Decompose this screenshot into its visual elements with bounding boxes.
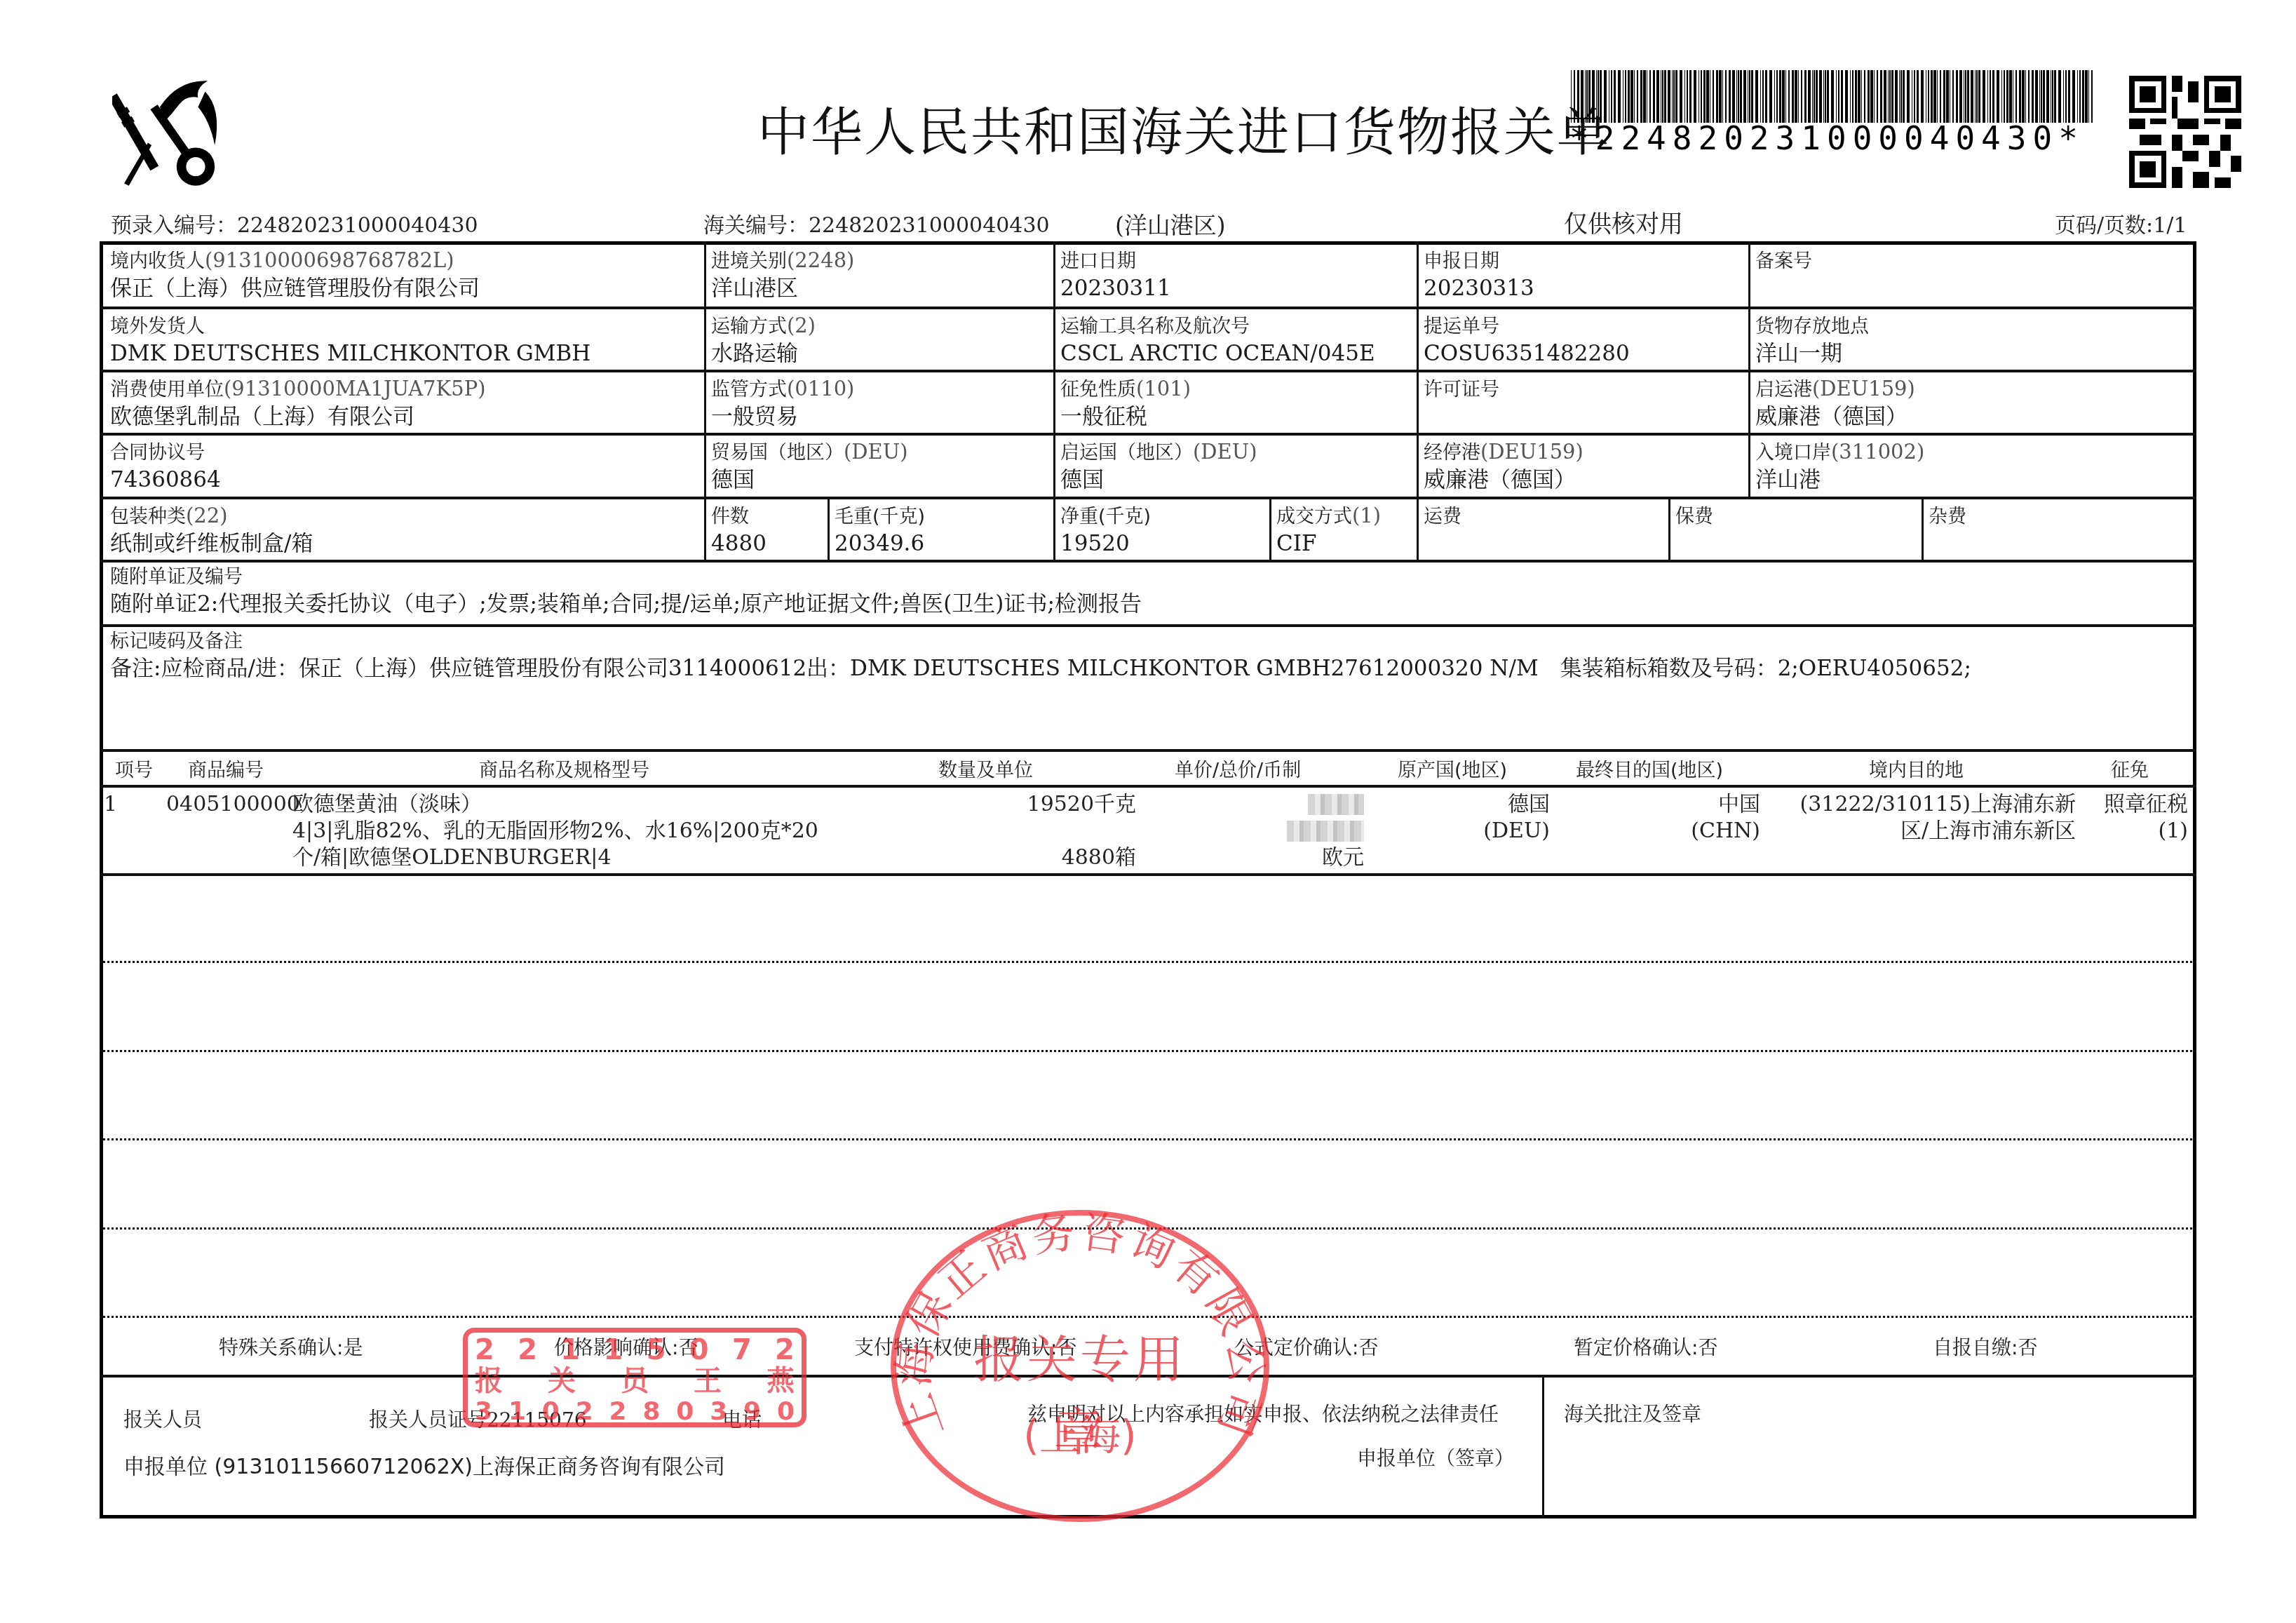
record-no-label: 备案号	[1755, 248, 2189, 274]
declare-date-value: 20230313	[1424, 274, 1741, 303]
price-influence-confirmation: 价格影响确认:否	[554, 1333, 698, 1361]
consignee-cell: 境内收货人(91310000698768782L)保正（上海）供应链管理股份有限…	[103, 244, 704, 307]
origin-country-code: (DEU)	[1459, 818, 1550, 844]
goods-col-domestic-destination: 境内目的地	[1869, 755, 1964, 782]
grid-line	[100, 873, 2196, 876]
package-type-cell: 包装种类(22)纸制或纤维板制盒/箱	[103, 499, 704, 563]
goods-col-item-no: 项号	[115, 755, 153, 782]
grid-line	[1542, 1375, 1544, 1518]
trade-country-label: 贸易国（地区）(DEU)	[711, 440, 1046, 465]
license-no-cell: 许可证号	[1417, 372, 1748, 406]
barcode-icon	[1571, 70, 2097, 123]
transit-port-cell: 经停港(DEU159)威廉港（德国）	[1417, 436, 1748, 499]
import-date-cell: 进口日期20230311	[1053, 244, 1417, 307]
hs-code: 0405100000	[166, 791, 300, 818]
package-type-label: 包装种类(22)	[110, 504, 697, 529]
declarant-label: 报关人员	[123, 1405, 202, 1433]
goods-col-price: 单价/总价/币制	[1175, 755, 1301, 782]
qr-code-icon	[2129, 76, 2241, 188]
self-declaration-payment: 自报自缴:否	[1933, 1333, 2037, 1361]
customs-emblem-icon	[112, 74, 231, 193]
consignee-value: 保正（上海）供应链管理股份有限公司	[110, 274, 697, 303]
entry-port-label: 入境口岸(311002)	[1755, 440, 2189, 465]
departure-port-cell: 启运港(DEU159)威廉港（德国）	[1748, 372, 2196, 436]
net-weight-cell: 净重(千克)19520	[1053, 499, 1269, 563]
domestic-destination-line-2: 区/上海市浦东新区	[1767, 818, 2076, 844]
goods-col-hs-code: 商品编号	[188, 755, 264, 782]
grid-line	[100, 1227, 2196, 1230]
grid-line	[100, 785, 2196, 788]
entry-customs-cell: 进境关别(2248)洋山港区	[704, 244, 1053, 307]
levy-nature-cell: 征免性质(101)一般征税	[1053, 372, 1417, 436]
freight-cell: 运费	[1417, 499, 1668, 533]
transport-mode-value: 水路运输	[711, 339, 1046, 368]
departure-port-value: 威廉港（德国）	[1755, 402, 2189, 431]
transaction-mode-value: CIF	[1276, 529, 1410, 558]
formula-pricing-confirmation: 公式定价确认:否	[1234, 1333, 1378, 1361]
bill-of-lading-label: 提运单号	[1424, 314, 1741, 339]
goods-col-quantity: 数量及单位	[938, 755, 1033, 782]
vessel-voyage-value: CSCL ARCTIC OCEAN/045E	[1060, 339, 1410, 368]
departure-country-label: 启运国（地区）(DEU)	[1060, 440, 1410, 465]
provisional-price-confirmation: 暂定价格确认:否	[1574, 1333, 1717, 1361]
destination-country: 中国	[1669, 791, 1760, 818]
import-date-value: 20230311	[1060, 274, 1410, 303]
document-title: 中华人民共和国海关进口货物报关单	[757, 91, 1610, 166]
consignor-value: DMK DEUTSCHES MILCHKONTOR GMBH	[110, 339, 697, 368]
gross-weight-label: 毛重(千克)	[835, 504, 1046, 529]
transaction-mode-cell: 成交方式(1)CIF	[1269, 499, 1417, 563]
misc-fee-cell: 杂费	[1922, 499, 2196, 533]
phone-label: 电话	[722, 1405, 762, 1433]
misc-fee-label: 杂费	[1929, 504, 2189, 529]
grid-line	[100, 749, 2196, 752]
marks-remarks-cell: 标记唛码及备注 备注:应检商品/进：保正（上海）供应链管理股份有限公司31140…	[103, 626, 2193, 687]
declaring-unit-seal-label: 申报单位（签章）	[1357, 1443, 1514, 1472]
bill-of-lading-cell: 提运单号COSU6351482280	[1417, 309, 1748, 372]
royalty-payment-confirmation: 支付特许权使用费确认:否	[854, 1333, 1076, 1361]
entry-port-cell: 入境口岸(311002)洋山港	[1748, 436, 2196, 499]
entry-customs-value: 洋山港区	[711, 274, 1046, 303]
declare-date-cell: 申报日期20230313	[1417, 244, 1748, 307]
departure-country-value: 德国	[1060, 465, 1410, 494]
transit-port-label: 经停港(DEU159)	[1424, 440, 1741, 465]
domestic-destination-line-1: (31222/310115)上海浦东新	[1767, 791, 2076, 818]
declarant-cert: 报关人员证号22115076	[369, 1405, 587, 1433]
packages-label: 件数	[711, 504, 821, 529]
attached-docs-label: 随附单证及编号	[110, 565, 2186, 589]
for-checking-only-note: 仅供核对用	[1564, 205, 1683, 239]
marks-remarks-label: 标记唛码及备注	[110, 630, 2186, 654]
consignor-cell: 境外发货人DMK DEUTSCHES MILCHKONTOR GMBH	[103, 309, 704, 372]
goods-col-name-spec: 商品名称及规格型号	[479, 755, 649, 782]
declaring-unit: 申报单位 (91310115660712062X)上海保正商务咨询有限公司	[123, 1449, 725, 1480]
levy-nature-value: 一般征税	[1060, 402, 1410, 431]
consignee-label: 境内收货人(91310000698768782L)	[110, 248, 697, 274]
marks-remarks-value: 备注:应检商品/进：保正（上海）供应链管理股份有限公司3114000612出：D…	[110, 654, 2186, 683]
contract-no-value: 74360864	[110, 465, 697, 494]
packages-cell: 件数4880	[704, 499, 828, 563]
net-weight-value: 19520	[1060, 529, 1262, 558]
supervision-mode-value: 一般贸易	[711, 402, 1046, 431]
customs-annotation-label: 海关批注及签章	[1564, 1399, 1701, 1427]
customs-area: (洋山港区)	[1115, 208, 1226, 241]
attached-docs-value: 随附单证2:代理报关委托协议（电子）;发票;装箱单;合同;提/运单;原产地证据文…	[110, 589, 2186, 619]
supervision-mode-cell: 监管方式(0110)一般贸易	[704, 372, 1053, 436]
departure-country-cell: 启运国（地区）(DEU)德国	[1053, 436, 1417, 499]
unit-price-redacted	[1248, 794, 1364, 822]
gross-weight-cell: 毛重(千克)20349.6	[828, 499, 1053, 563]
grid-line	[100, 1375, 2196, 1378]
transport-mode-cell: 运输方式(2)水路运输	[704, 309, 1053, 372]
special-relationship-confirmation: 特殊关系确认:是	[219, 1333, 363, 1361]
goods-col-origin: 原产国(地区)	[1398, 755, 1507, 782]
bill-of-lading-value: COSU6351482280	[1424, 339, 1741, 368]
goods-spec-line-3: 个/箱|欧德堡OLDENBURGER|4	[292, 844, 612, 871]
vessel-voyage-cell: 运输工具名称及航次号CSCL ARCTIC OCEAN/045E	[1053, 309, 1417, 372]
goods-name-line-1: 欧德堡黄油（淡味）	[292, 791, 482, 818]
quantity-legal: 19520千克	[968, 791, 1136, 818]
levy-code: (1)	[2076, 818, 2188, 844]
declare-date-label: 申报日期	[1424, 248, 1741, 274]
grid-line	[100, 1050, 2196, 1052]
origin-country: 德国	[1459, 791, 1550, 818]
transport-mode-label: 运输方式(2)	[711, 314, 1046, 339]
storage-place-label: 货物存放地点	[1755, 314, 2189, 339]
entry-port-value: 洋山港	[1755, 465, 2189, 494]
levy-method: 照章征税	[2076, 791, 2188, 818]
trade-country-value: 德国	[711, 465, 1046, 494]
item-number: 1	[104, 791, 117, 818]
transit-port-value: 威廉港（德国）	[1424, 465, 1741, 494]
gross-weight-value: 20349.6	[835, 529, 1046, 558]
consumer-unit-label: 消费使用单位(91310000MA1JUA7K5P)	[110, 377, 697, 402]
barcode-number: *224820231000040430*	[1569, 119, 2102, 157]
goods-col-final-destination: 最终目的国(地区)	[1576, 755, 1723, 782]
trade-country-cell: 贸易国（地区）(DEU)德国	[704, 436, 1053, 499]
goods-col-levy: 征免	[2111, 755, 2149, 782]
grid-line	[100, 961, 2196, 963]
freight-label: 运费	[1424, 504, 1661, 529]
goods-spec-line-2: 4|3|乳脂82%、乳的无脂固形物2%、水16%|200克*20	[292, 818, 818, 844]
consumer-unit-value: 欧德堡乳制品（上海）有限公司	[110, 402, 697, 431]
insurance-label: 保费	[1675, 504, 1915, 529]
package-type-value: 纸制或纤维板制盒/箱	[110, 529, 697, 558]
import-date-label: 进口日期	[1060, 248, 1410, 274]
transaction-mode-label: 成交方式(1)	[1276, 504, 1410, 529]
storage-place-cell: 货物存放地点洋山一期	[1748, 309, 2196, 372]
record-no-cell: 备案号	[1748, 244, 2196, 278]
grid-line	[100, 1138, 2196, 1140]
insurance-cell: 保费	[1668, 499, 1922, 533]
entry-customs-label: 进境关别(2248)	[711, 248, 1046, 274]
net-weight-label: 净重(千克)	[1060, 504, 1262, 529]
contract-no-cell: 合同协议号74360864	[103, 436, 704, 499]
pre-entry-number: 预录入编号：224820231000040430	[111, 208, 478, 238]
departure-port-label: 启运港(DEU159)	[1755, 377, 2189, 402]
vessel-voyage-label: 运输工具名称及航次号	[1060, 314, 1410, 339]
contract-no-label: 合同协议号	[110, 440, 697, 465]
packages-value: 4880	[711, 529, 821, 558]
quantity-declared: 4880箱	[968, 844, 1136, 871]
storage-place-value: 洋山一期	[1755, 339, 2189, 368]
consumer-unit-cell: 消费使用单位(91310000MA1JUA7K5P)欧德堡乳制品（上海）有限公司	[103, 372, 704, 436]
customs-number: 海关编号：224820231000040430	[703, 208, 1050, 238]
currency: 欧元	[1248, 844, 1364, 871]
license-no-label: 许可证号	[1424, 377, 1741, 402]
supervision-mode-label: 监管方式(0110)	[711, 377, 1046, 402]
destination-country-code: (CHN)	[1669, 818, 1760, 844]
page-indicator: 页码/页数:1/1	[2055, 208, 2187, 238]
levy-nature-label: 征免性质(101)	[1060, 377, 1410, 402]
consignor-label: 境外发货人	[110, 314, 697, 339]
attached-docs-cell: 随附单证及编号 随附单证2:代理报关委托协议（电子）;发票;装箱单;合同;提/运…	[103, 561, 2193, 623]
declaration-statement: 兹申明对以上内容承担如实申报、依法纳税之法律责任	[1027, 1399, 1499, 1427]
grid-line	[100, 1316, 2196, 1318]
